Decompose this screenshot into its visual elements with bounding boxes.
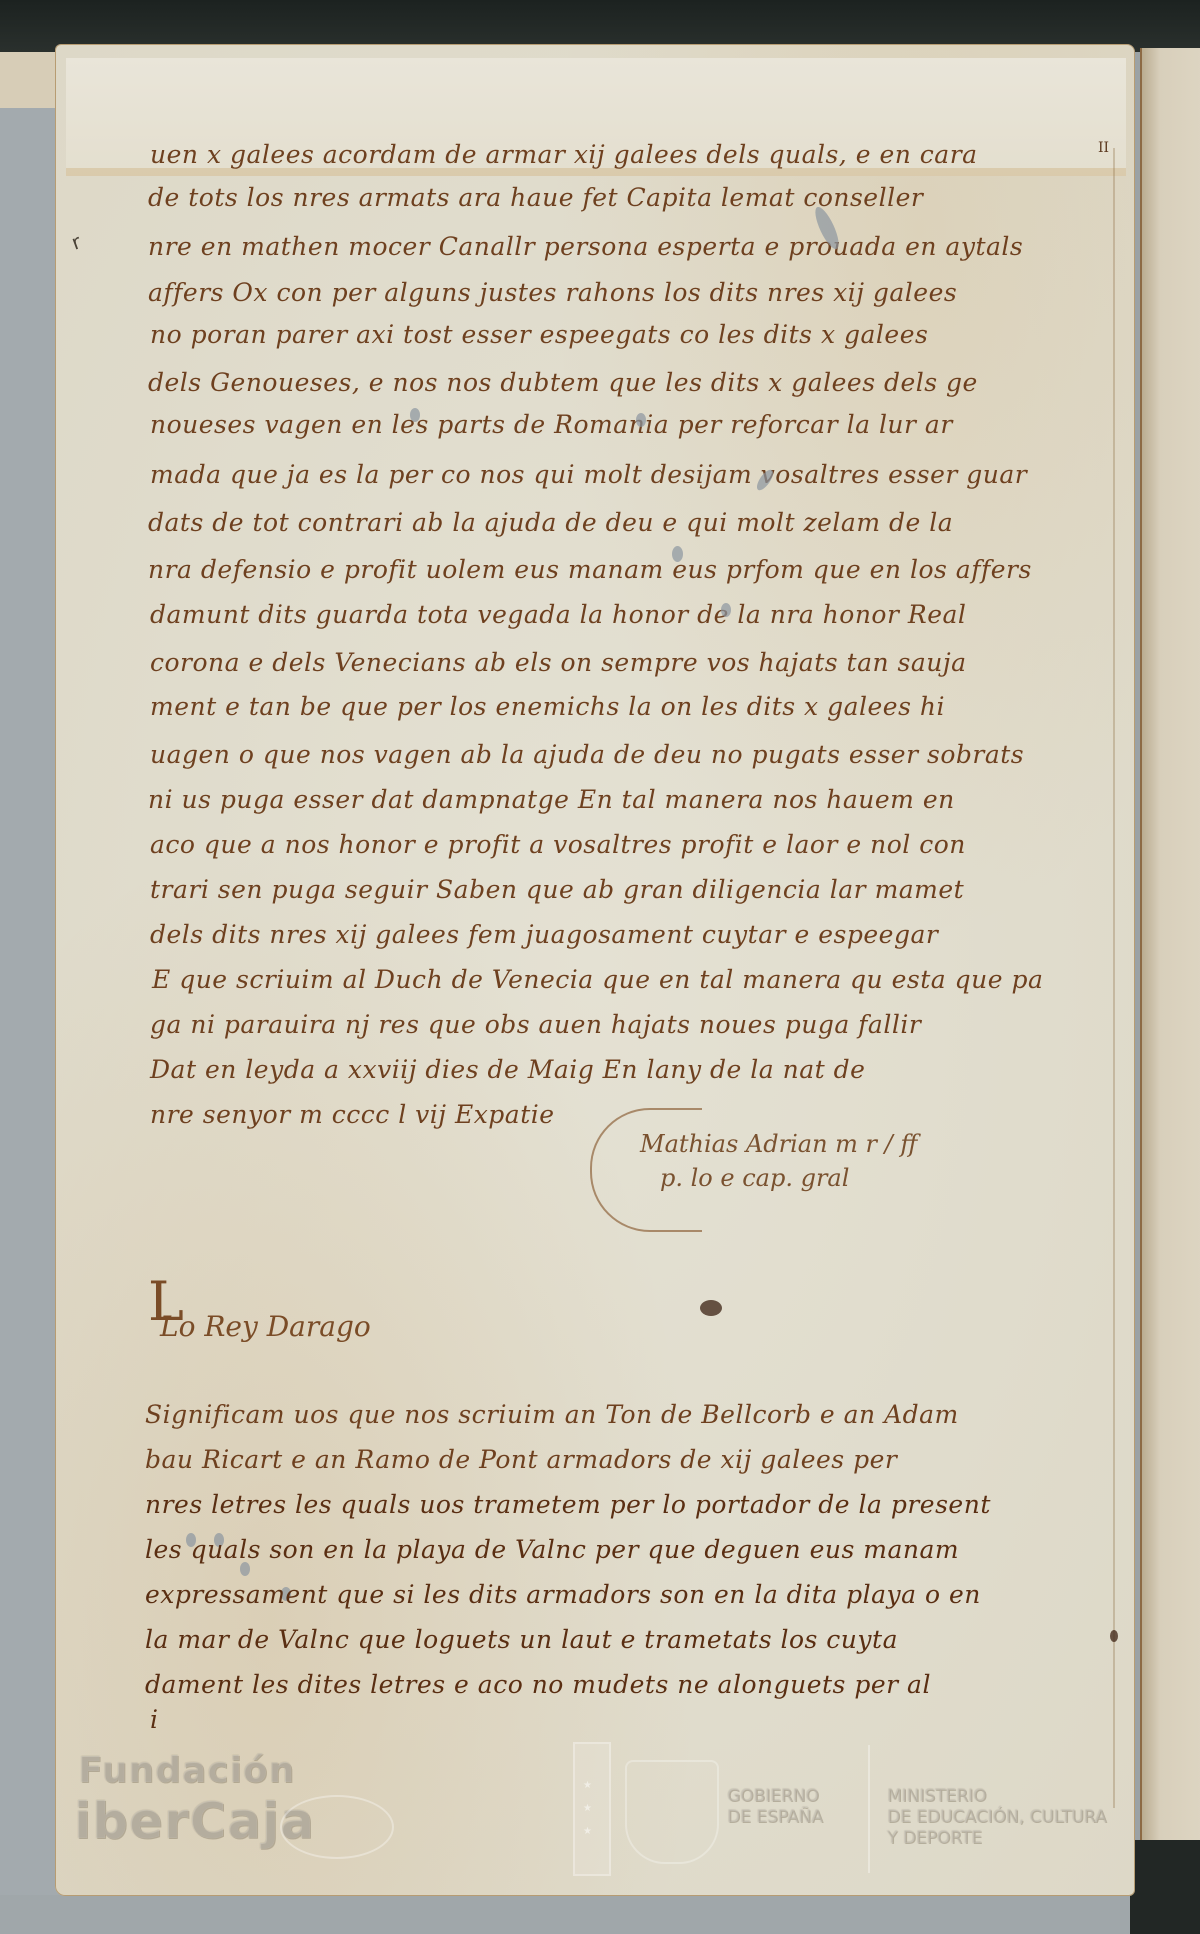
signature-title: p. lo e cap. gral bbox=[660, 1164, 917, 1192]
page-number-mark: II bbox=[1098, 140, 1109, 156]
ink-blot bbox=[700, 1300, 722, 1316]
text-line: noueses vagen en les parts de Romania pe… bbox=[150, 410, 953, 439]
flag-bar-icon bbox=[573, 1742, 611, 1876]
ibercaja-logo-icon bbox=[280, 1795, 394, 1859]
text-line: les quals son en la playa de Valnc per q… bbox=[145, 1535, 959, 1564]
letter-heading: Lo Rey Darago bbox=[160, 1310, 371, 1343]
ministry-line: DE EDUCACIÓN, CULTURA bbox=[887, 1807, 1107, 1828]
text-line: uagen o que nos vagen ab la ajuda de deu… bbox=[150, 740, 1024, 769]
watermark-ibercaja: iberCaja bbox=[74, 1792, 315, 1850]
binding-board bbox=[0, 52, 62, 112]
text-line: mada que ja es la per co nos qui molt de… bbox=[150, 460, 1027, 489]
wax-stain bbox=[636, 413, 646, 427]
star-icon: ★ bbox=[583, 1803, 592, 1814]
star-icon: ★ bbox=[583, 1826, 592, 1837]
text-line: nres letres les quals uos trametem per l… bbox=[145, 1490, 991, 1519]
wax-stain bbox=[240, 1562, 250, 1576]
grey-backing-bottom bbox=[0, 1895, 1200, 1934]
signature-name: Mathias Adrian m r / ff bbox=[640, 1130, 917, 1158]
text-line: no poran parer axi tost esser espeegats … bbox=[150, 320, 928, 349]
text-line: nre senyor m cccc l vij Expatie bbox=[150, 1100, 555, 1129]
text-line: nre en mathen mocer Canallr persona espe… bbox=[148, 232, 1023, 261]
scanner-corner bbox=[1130, 1840, 1200, 1934]
adjacent-page-edge bbox=[1140, 48, 1200, 1843]
text-line: expressament que si les dits armadors so… bbox=[145, 1580, 981, 1609]
signature-block: Mathias Adrian m r / ff p. lo e cap. gra… bbox=[640, 1130, 917, 1192]
text-line: corona e dels Venecians ab els on sempre… bbox=[150, 648, 967, 677]
text-line: Significam uos que nos scriuim an Ton de… bbox=[145, 1400, 959, 1429]
text-line: Dat en leyda a xxviij dies de Maig En la… bbox=[150, 1055, 865, 1084]
ministry-line: MINISTERIO bbox=[887, 1786, 1107, 1807]
text-line: trari sen puga seguir Saben que ab gran … bbox=[150, 875, 964, 904]
text-line: damunt dits guarda tota vegada la honor … bbox=[150, 600, 966, 629]
gov-line: GOBIERNO bbox=[727, 1786, 823, 1807]
text-line: ment e tan be que per los enemichs la on… bbox=[150, 692, 945, 721]
ministry-line: Y DEPORTE bbox=[887, 1828, 1107, 1849]
wax-stain bbox=[721, 603, 731, 617]
text-line: de tots los nres armats ara haue fet Cap… bbox=[148, 183, 923, 212]
wax-stain bbox=[410, 408, 420, 422]
wax-stain bbox=[672, 546, 683, 562]
text-line: ni us puga esser dat dampnatge En tal ma… bbox=[148, 785, 955, 814]
watermark-divider bbox=[868, 1745, 870, 1873]
text-line: uen x galees acordam de armar xij galees… bbox=[150, 140, 978, 169]
text-line: bau Ricart e an Ramo de Pont armadors de… bbox=[145, 1445, 897, 1474]
star-icon: ★ bbox=[583, 1780, 592, 1791]
watermark-fundacion: Fundación bbox=[78, 1750, 295, 1791]
coat-of-arms-icon bbox=[625, 1760, 719, 1864]
gov-line: DE ESPAÑA bbox=[727, 1807, 823, 1828]
text-line: dats de tot contrari ab la ajuda de deu … bbox=[148, 508, 953, 537]
text-line: nra defensio e profit uolem eus manam eu… bbox=[148, 555, 1032, 584]
text-line: ga ni parauira nj res que obs auen hajat… bbox=[150, 1010, 921, 1039]
watermark-gobierno: GOBIERNO DE ESPAÑA bbox=[727, 1786, 823, 1828]
margin-fold-line bbox=[1113, 148, 1115, 1808]
text-line: affers Ox con per alguns justes rahons l… bbox=[148, 278, 957, 307]
text-line: aco que a nos honor e profit a vosaltres… bbox=[150, 830, 966, 859]
text-line: dament les dites letres e aco no mudets … bbox=[145, 1670, 931, 1699]
text-line: i bbox=[150, 1705, 159, 1734]
ink-blot bbox=[1110, 1630, 1118, 1642]
grey-backing-left bbox=[0, 108, 62, 1934]
text-line: dels dits nres xij galees fem juagosamen… bbox=[150, 920, 938, 949]
text-line: la mar de Valnc que loguets un laut e tr… bbox=[145, 1625, 898, 1654]
text-line: dels Genoueses, e nos nos dubtem que les… bbox=[148, 368, 978, 397]
text-line: E que scriuim al Duch de Venecia que en … bbox=[152, 965, 1043, 994]
watermark-ministerio: MINISTERIO DE EDUCACIÓN, CULTURA Y DEPOR… bbox=[887, 1786, 1107, 1849]
